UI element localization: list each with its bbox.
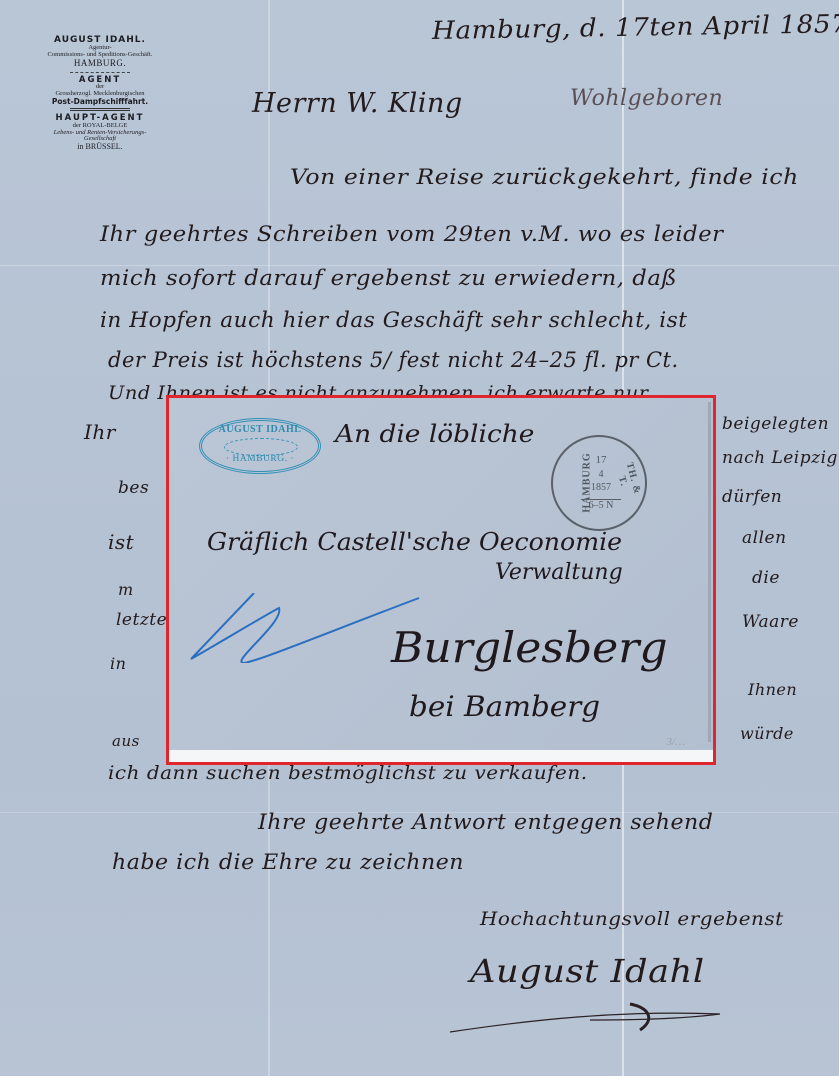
salutation-suffix: Wohlgeboren xyxy=(570,86,723,111)
signature: August Idahl xyxy=(470,952,705,990)
letter-line: Von einer Reise zurückgekehrt, finde ich xyxy=(290,165,799,189)
address-city: Burglesberg xyxy=(391,623,668,672)
postmark-day: 17 xyxy=(581,455,621,466)
letter-fragment: Ihnen xyxy=(748,680,797,699)
letter-line: mich sofort darauf ergebenst zu erwieder… xyxy=(100,266,677,290)
envelope-inset: AUGUST IDAHL · HAMBURG. · HAMBURG TH. & … xyxy=(166,395,716,765)
letter-fragment: allen xyxy=(742,528,787,548)
envelope-edge-shadow xyxy=(708,402,711,742)
letterhead-divider xyxy=(70,108,130,111)
scanned-letter: AUGUST IDAHL. Agentur- Commissions- und … xyxy=(0,0,839,1076)
letter-line: in Hopfen auch hier das Geschäft sehr sc… xyxy=(100,308,687,332)
letter-fragment: letzte xyxy=(116,610,167,630)
letter-fragment: ist xyxy=(108,530,134,554)
letter-fragment: dürfen xyxy=(722,487,782,507)
letter-fragment: in xyxy=(110,654,126,673)
circular-postmark: HAMBURG TH. & T. 17 4 1857 6–5 N xyxy=(551,435,647,531)
letterhead-divider xyxy=(70,70,130,73)
letter-line: Ihre geehrte Antwort entgegen sehend xyxy=(258,810,713,834)
address-line-3: Verwaltung xyxy=(495,560,623,585)
letter-fragment: Ihr xyxy=(84,420,116,444)
letter-line: habe ich die Ehre zu zeichnen xyxy=(112,850,464,874)
address-line-1: An die löbliche xyxy=(335,420,534,448)
letter-fragment: würde xyxy=(740,724,794,743)
letter-fragment: die xyxy=(752,568,780,588)
letter-fragment: Waare xyxy=(742,612,799,632)
letterhead-city: HAMBURG. xyxy=(0,59,200,68)
postmark-month: 4 xyxy=(581,470,621,480)
letter-line: Ihr geehrtes Schreiben vom 29ten v.M. wo… xyxy=(100,222,724,246)
sender-oval-stamp: AUGUST IDAHL · HAMBURG. · xyxy=(199,418,321,474)
address-via: bei Bamberg xyxy=(409,690,600,723)
letterhead-line: in BRÜSSEL. xyxy=(0,143,200,151)
oval-stamp-bottom-text: · HAMBURG. · xyxy=(202,454,318,464)
postmark-time: 6–5 N xyxy=(581,499,621,511)
postmark-arc-text: TH. & T. xyxy=(613,461,643,500)
letterhead-line: Post-Dampfschifffahrt. xyxy=(0,98,200,106)
oval-stamp-top-text: AUGUST IDAHL xyxy=(202,424,318,435)
letter-line: ich dann suchen bestmöglichst zu verkauf… xyxy=(108,762,588,784)
letter-line: der Preis ist höchstens 5/ fest nicht 24… xyxy=(108,348,679,372)
closing-phrase: Hochachtungsvoll ergebenst xyxy=(480,908,784,930)
letter-fragment: beigelegten xyxy=(722,414,829,434)
letter-fragment: m xyxy=(118,580,134,599)
dateline: Hamburg, d. 17ten April 1857 xyxy=(432,9,839,45)
letter-fragment: nach Leipzig xyxy=(722,448,838,468)
letter-fragment: bes xyxy=(118,478,149,498)
envelope-bottom-strip xyxy=(169,750,713,762)
salutation: Herrn W. Kling xyxy=(252,88,463,119)
postmark-year: 1857 xyxy=(581,483,621,493)
printed-letterhead: AUGUST IDAHL. Agentur- Commissions- und … xyxy=(0,36,200,152)
letter-fragment: aus xyxy=(112,732,140,750)
signature-flourish xyxy=(440,990,760,1040)
address-line-2: Gräflich Castell'sche Oeconomie xyxy=(207,528,622,556)
pencil-note: 3/… xyxy=(667,736,685,748)
